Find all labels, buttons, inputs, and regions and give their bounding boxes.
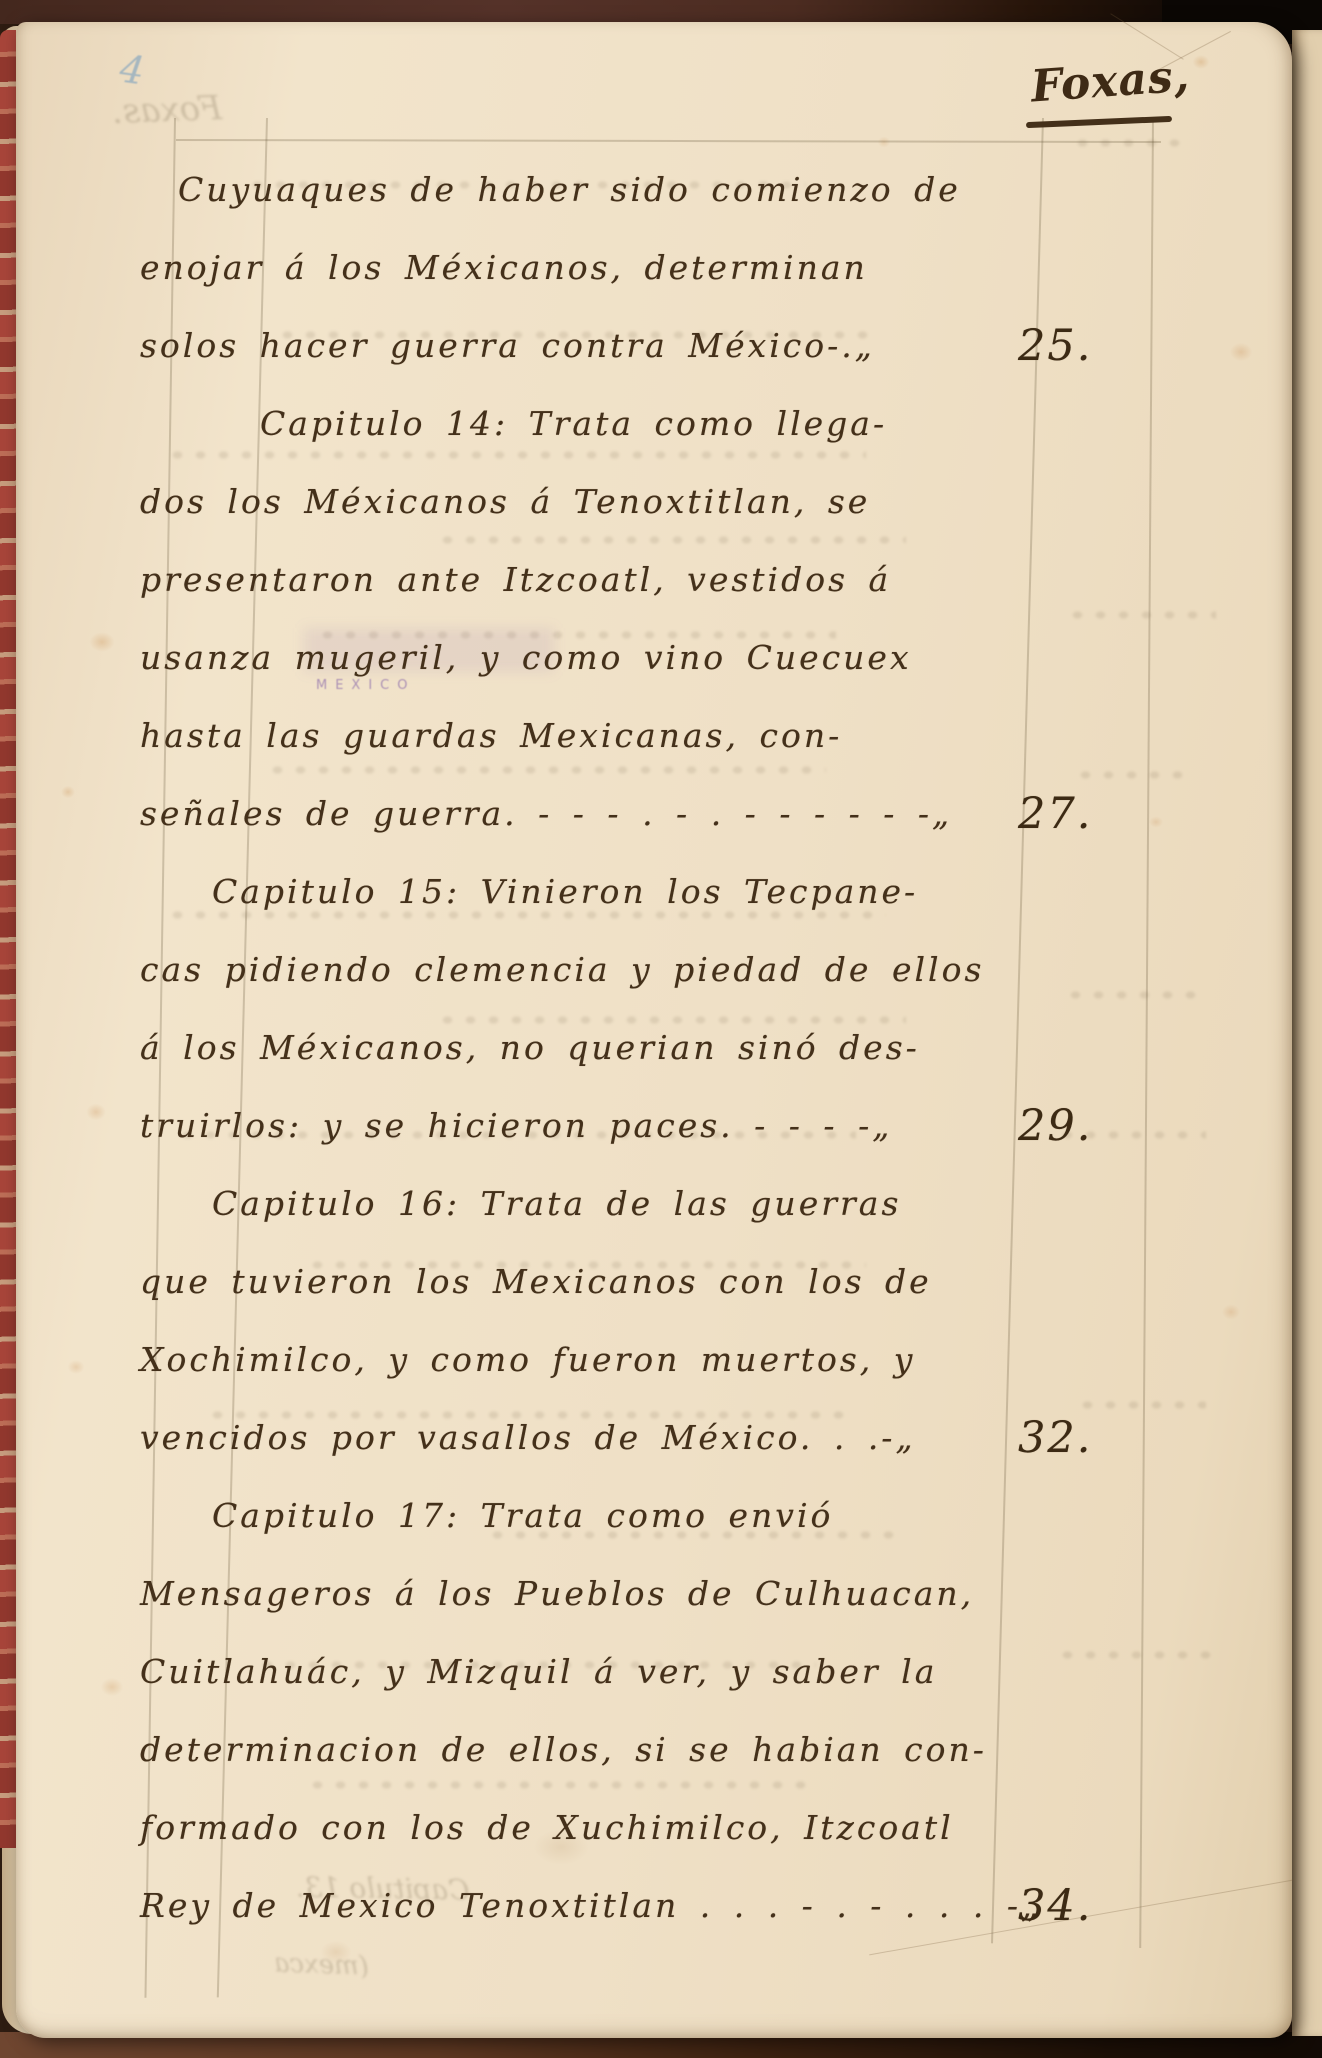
next-page-edge: [1292, 30, 1322, 2036]
toc-line-text: Capitulo 16: Trata de las guerras: [132, 1165, 901, 1243]
toc-line-text: vencidos por vasallos de México. . .-„: [132, 1399, 916, 1477]
toc-line: señales de guerra. - - - . - . - - - - -…: [132, 775, 1232, 853]
toc-line: Capitulo 17: Trata como envió: [132, 1477, 1232, 1555]
toc-line-text: truirlos: y se hicieron paces. - - - -„: [132, 1087, 892, 1165]
blue-pencil-folio-mark: 4: [117, 47, 147, 94]
toc-line-text: cas pidiendo clemencia y piedad de ellos: [132, 931, 984, 1009]
bleedthrough-bottom-text: (mexca: [274, 1948, 370, 1981]
toc-line-text: hasta las guardas Mexicanas, con-: [132, 697, 842, 775]
toc-line: Cuitlahuác, y Mizquil á ver, y saber la: [132, 1633, 1232, 1711]
toc-line: que tuvieron los Mexicanos con los de: [132, 1243, 1232, 1321]
bleedthrough-header-text: Foxas.: [111, 88, 222, 132]
toc-line: determinacion de ellos, si se habian con…: [132, 1711, 1232, 1789]
folio-header-underline: [1026, 116, 1172, 128]
toc-line-text: Cuitlahuác, y Mizquil á ver, y saber la: [132, 1633, 937, 1711]
toc-line-text: usanza mugeril, y como vino Cuecuex: [132, 619, 912, 697]
toc-line: solos hacer guerra contra México-.„ 25.: [132, 307, 1232, 385]
toc-line: formado con los de Xuchimilco, Itzcoatl: [132, 1789, 1232, 1867]
toc-line: enojar á los Méxicanos, determinan: [132, 229, 1232, 307]
toc-line-text: enojar á los Méxicanos, determinan: [132, 229, 868, 307]
toc-line: dos los Méxicanos á Tenoxtitlan, se: [132, 463, 1232, 541]
toc-line: Capitulo 15: Vinieron los Tecpane-: [132, 853, 1232, 931]
toc-line: Xochimilco, y como fueron muertos, y: [132, 1321, 1232, 1399]
toc-line-text: Capitulo 14: Trata como llega-: [132, 385, 887, 463]
folio-number: 29.: [1018, 1087, 1092, 1165]
toc-line: Mensageros á los Pueblos de Culhuacan,: [132, 1555, 1232, 1633]
toc-line-text: señales de guerra. - - - . - . - - - - -…: [132, 775, 952, 853]
folio-number: 25.: [1018, 307, 1092, 385]
toc-line-text: solos hacer guerra contra México-.„: [132, 307, 875, 385]
toc-line-text: presentaron ante Itzcoatl, vestidos á: [132, 541, 891, 619]
toc-line-text: formado con los de Xuchimilco, Itzcoatl: [132, 1789, 954, 1867]
toc-line-text: Capitulo 17: Trata como envió: [132, 1477, 833, 1555]
folio-number: 27.: [1018, 775, 1092, 853]
toc-line-text: Cuyuaques de haber sido comienzo de: [132, 151, 961, 229]
toc-line-text: determinacion de ellos, si se habian con…: [132, 1711, 987, 1789]
toc-line-text: Mensageros á los Pueblos de Culhuacan,: [132, 1555, 974, 1633]
folio-number: 34.: [1018, 1867, 1092, 1945]
toc-line: usanza mugeril, y como vino Cuecuex: [132, 619, 1232, 697]
manuscript-page: Foxas. Capitulo 13. (mexca MEXICO 4 Foxa…: [16, 22, 1292, 2038]
red-marbled-fore-edge: [0, 30, 16, 1848]
toc-line: Cuyuaques de haber sido comienzo de: [132, 151, 1232, 229]
toc-line-text: Xochimilco, y como fueron muertos, y: [132, 1321, 915, 1399]
toc-line: Rey de Mexico Tenoxtitlan . . . - . - . …: [132, 1867, 1232, 1945]
toc-line: á los Méxicanos, no querian sinó des-: [132, 1009, 1232, 1087]
toc-line-text: á los Méxicanos, no querian sinó des-: [132, 1009, 920, 1087]
toc-line: cas pidiendo clemencia y piedad de ellos: [132, 931, 1232, 1009]
manuscript-photo: Foxas. Capitulo 13. (mexca MEXICO 4 Foxa…: [0, 0, 1322, 2058]
folio-number: 32.: [1018, 1399, 1092, 1477]
toc-line: Capitulo 16: Trata de las guerras: [132, 1165, 1232, 1243]
toc-line: vencidos por vasallos de México. . .-„ 3…: [132, 1399, 1232, 1477]
toc-line-text: dos los Méxicanos á Tenoxtitlan, se: [132, 463, 870, 541]
toc-lines: Cuyuaques de haber sido comienzo de enoj…: [132, 151, 1232, 1945]
folio-column-header: Foxas,: [1030, 55, 1192, 110]
pencil-rule-top: [176, 139, 1161, 143]
toc-line-text: Rey de Mexico Tenoxtitlan . . . - . - . …: [132, 1867, 1041, 1945]
toc-line-text: Capitulo 15: Vinieron los Tecpane-: [132, 853, 918, 931]
toc-line: presentaron ante Itzcoatl, vestidos á: [132, 541, 1232, 619]
toc-line: Capitulo 14: Trata como llega-: [132, 385, 1232, 463]
toc-line: hasta las guardas Mexicanas, con-: [132, 697, 1232, 775]
toc-line: truirlos: y se hicieron paces. - - - -„ …: [132, 1087, 1232, 1165]
toc-line-text: que tuvieron los Mexicanos con los de: [132, 1243, 932, 1321]
